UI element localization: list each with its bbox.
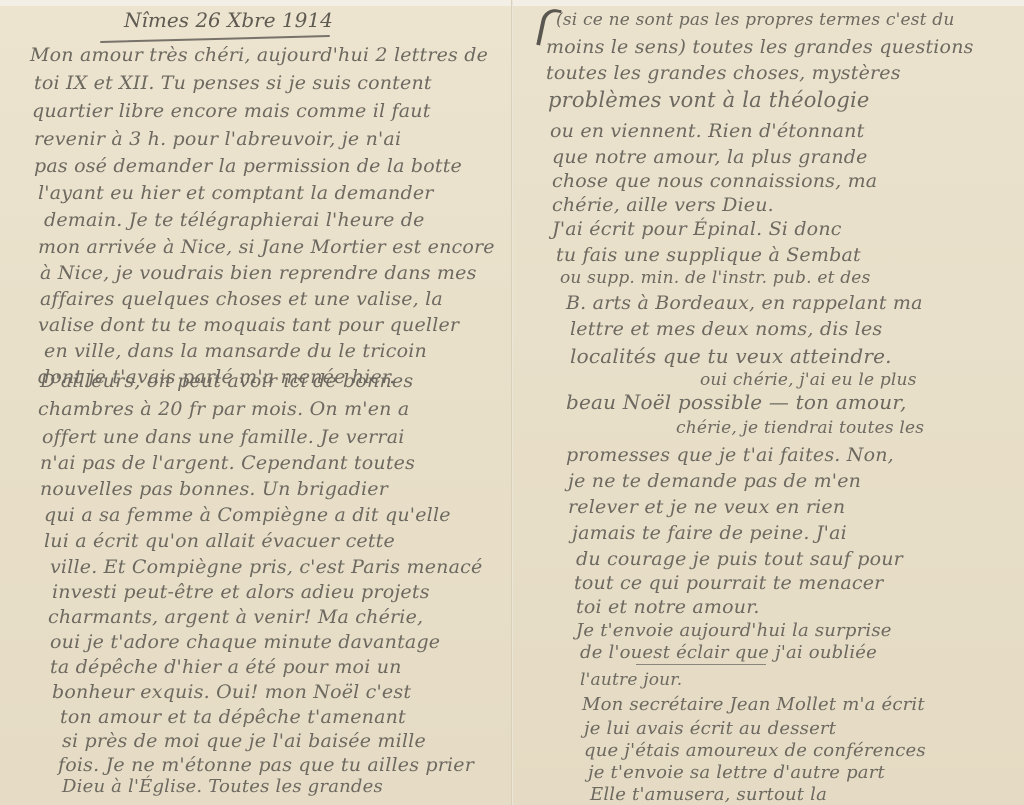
left-line-8: mon arrivée à Nice, si Jane Mortier est … (38, 236, 495, 258)
right-line-18: promesses que je t'ai faites. Non, (566, 444, 894, 466)
right-line-26: de l'ouest éclair que j'ai oubliée (580, 642, 877, 663)
right-line-24: toi et notre amour. (576, 596, 760, 618)
left-line-25: ta dépêche d'hier a été pour moi un (50, 656, 402, 678)
left-line-10: affaires quelques choses et une valise, … (40, 288, 443, 310)
right-line-30: que j'étais amoureux de conférences (584, 740, 926, 761)
left-line-18: nouvelles pas bonnes. Un brigadier (40, 478, 388, 500)
right-line-12: B. arts à Bordeaux, en rappelant ma (566, 292, 923, 314)
right-line-5: ou en viennent. Rien d'étonnant (550, 120, 864, 142)
page-top-edge (0, 0, 512, 6)
right-line-21: jamais te faire de peine. J'ai (572, 522, 847, 544)
right-line-17: chérie, je tiendrai toutes les (676, 418, 924, 438)
right-line-3: toutes les grandes choses, mystères (546, 62, 901, 84)
left-line-19: qui a sa femme à Compiègne a dit qu'elle (44, 504, 451, 526)
right-line-15: oui chérie, j'ai eu le plus (700, 370, 917, 390)
right-line-1: (si ce ne sont pas les propres termes c'… (556, 10, 955, 30)
underline-mark (636, 664, 766, 665)
left-line-5: pas osé demander la permission de la bot… (34, 155, 462, 177)
right-line-9: J'ai écrit pour Épinal. Si donc (552, 218, 842, 240)
right-line-19: je ne te demande pas de m'en (568, 470, 861, 492)
left-line-2: toi IX et XII. Tu penses si je suis cont… (34, 72, 432, 94)
left-line-27: ton amour et ta dépêche t'amenant (60, 706, 406, 728)
left-line-16: offert une dans une famille. Je verrai (42, 426, 405, 448)
right-line-22: du courage je puis tout sauf pour (576, 548, 903, 570)
left-line-11: valise dont tu te moquais tant pour quel… (38, 314, 459, 336)
left-line-26: bonheur exquis. Oui! mon Noël c'est (52, 681, 411, 703)
left-line-14: D'ailleurs, on peut avoir ici de bonnes (40, 370, 413, 392)
left-line-6: l'ayant eu hier et comptant la demander (38, 182, 434, 204)
left-line-29: fois. Je ne m'étonne pas que tu ailles p… (58, 754, 474, 776)
left-line-28: si près de moi que je l'ai baisée mille (62, 730, 426, 752)
right-line-6: que notre amour, la plus grande (552, 146, 868, 168)
left-line-4: revenir à 3 h. pour l'abreuvoir, je n'ai (34, 128, 401, 150)
right-line-4: problèmes vont à la théologie (548, 88, 870, 112)
left-line-7: demain. Je te télégraphierai l'heure de (44, 209, 425, 231)
left-line-9: à Nice, je voudrais bien reprendre dans … (40, 262, 477, 284)
left-line-3: quartier libre encore mais comme il faut (32, 100, 431, 122)
letter-spread: Nîmes 26 Xbre 1914 Mon amour très chéri,… (0, 0, 1024, 805)
letter-date-header: Nîmes 26 Xbre 1914 (124, 8, 333, 32)
left-line-12: en ville, dans la mansarde du le tricoin (44, 340, 427, 362)
right-line-2: moins le sens) toutes les grandes questi… (546, 36, 974, 58)
left-line-17: n'ai pas de l'argent. Cependant toutes (40, 452, 415, 474)
right-line-23: tout ce qui pourrait te menacer (574, 572, 883, 594)
right-line-28: Mon secrétaire Jean Mollet m'a écrit (582, 694, 925, 715)
page-fold (511, 0, 513, 805)
right-line-8: chérie, aille vers Dieu. (552, 194, 774, 216)
left-line-24: oui je t'adore chaque minute davantage (50, 631, 440, 653)
right-line-32: Elle t'amusera, surtout la (590, 784, 827, 805)
left-line-15: chambres à 20 fr par mois. On m'en a (38, 398, 409, 420)
left-page: Nîmes 26 Xbre 1914 Mon amour très chéri,… (0, 0, 512, 805)
right-line-20: relever et je ne veux en rien (568, 496, 845, 518)
right-line-7: chose que nous connaissions, ma (552, 170, 877, 192)
header-underline (100, 35, 330, 43)
right-line-29: je lui avais écrit au dessert (584, 718, 836, 739)
right-line-11: ou supp. min. de l'instr. pub. et des (560, 268, 871, 288)
left-line-23: charmants, argent à venir! Ma chérie, (48, 606, 423, 628)
left-line-20: lui a écrit qu'on allait évacuer cette (44, 530, 395, 552)
right-line-27: l'autre jour. (580, 670, 682, 690)
page-top-edge (512, 0, 1024, 6)
right-line-25: Je t'envoie aujourd'hui la surprise (576, 620, 892, 641)
right-line-13: lettre et mes deux noms, dis les (570, 318, 882, 340)
right-line-16: beau Noël possible — ton amour, (566, 390, 907, 414)
right-line-31: je t'envoie sa lettre d'autre part (588, 762, 885, 783)
left-line-1: Mon amour très chéri, aujourd'hui 2 lett… (30, 44, 488, 66)
right-line-14: localités que tu veux atteindre. (570, 344, 892, 368)
left-line-30: Dieu à l'Église. Toutes les grandes (62, 776, 383, 797)
right-line-10: tu fais une supplique à Sembat (556, 244, 861, 266)
left-line-22: investi peut-être et alors adieu projets (52, 581, 430, 603)
left-line-21: ville. Et Compiègne pris, c'est Paris me… (50, 556, 482, 578)
